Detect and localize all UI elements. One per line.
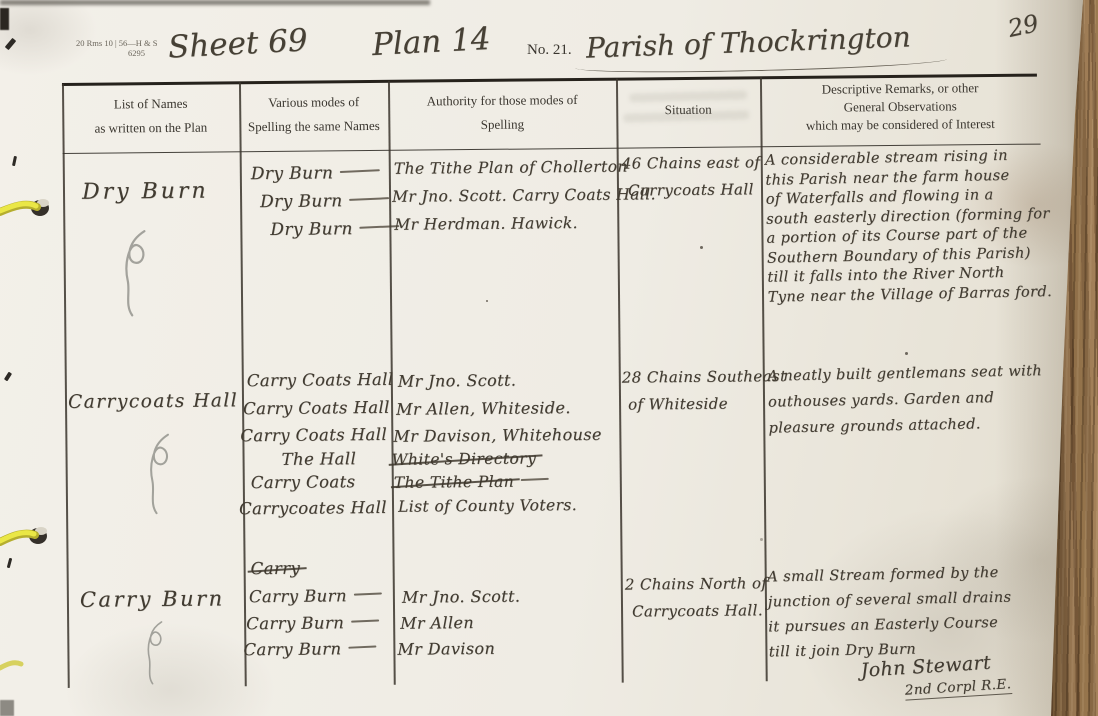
spelling-text: Dry Burn — [270, 219, 353, 240]
remarks-block: A small Stream formed by the junction of… — [767, 561, 1013, 666]
authority-entry: Mr Allen — [400, 613, 474, 633]
flourish-dash — [521, 478, 549, 481]
header-line: Spelling the same Names — [239, 114, 388, 139]
column-header-spelling: Various modes of Spelling the same Names — [239, 90, 388, 139]
remarks-block: A considerable stream rising in this Par… — [765, 146, 1052, 308]
spelling-entry: Carry Coats Hall — [243, 398, 390, 418]
authority-entry: The Tithe Plan of Chollerton — [394, 158, 628, 178]
spelling-text: Carry Burn — [243, 639, 341, 659]
authority-entry: Mr Allen, Whiteside. — [396, 398, 571, 419]
authority-entry: List of County Voters. — [398, 496, 577, 516]
ink-speck — [486, 300, 488, 302]
remarks-line: A neatly built gentlemans seat with — [767, 358, 1042, 390]
spelling-text: Dry Burn — [251, 163, 334, 184]
situation-line: of Whiteside — [628, 395, 728, 414]
flourish-dash — [354, 592, 382, 595]
row-name: Carrycoats Hall — [68, 390, 238, 413]
remarks-line: pleasure grounds attached. — [768, 410, 1043, 442]
photograph-of-name-book-page: 20 Rms 10 | 56—H & S 6295 Sheet 69 Plan … — [0, 0, 1098, 716]
spelling-entry: Carry Burn — [249, 586, 382, 606]
spelling-text: Carry Burn — [246, 613, 344, 633]
spelling-entry: Dry Burn — [251, 163, 381, 184]
pencil-check-mark — [140, 431, 185, 515]
header-line: Authority for those modes of — [388, 88, 616, 114]
header-line: Various modes of — [239, 90, 388, 115]
authority-entry: Mr Davison, Whitehouse — [393, 425, 602, 446]
header-line: Spelling — [388, 112, 616, 138]
spelling-entry: Dry Burn — [260, 191, 390, 212]
ink-speck — [700, 246, 703, 249]
authority-entry: Mr Jno. Scott. — [398, 371, 517, 391]
remarks-block: A neatly built gentlemans seat with outh… — [767, 358, 1043, 441]
header-line: List of Names — [62, 91, 239, 117]
authority-entry: Mr Jno. Scott. Carry Coats Hall. — [392, 185, 656, 206]
situation-line: Carrycoats Hall. — [632, 601, 763, 620]
authority-entry: Mr Herdman. Hawick. — [394, 214, 578, 234]
flourish-dash — [350, 197, 390, 201]
authority-text: White's Directory — [392, 449, 537, 468]
column-header-authority: Authority for those modes of Spelling — [388, 88, 616, 138]
header-line: as written on the Plan — [62, 115, 239, 141]
spelling-entry: The Hall — [281, 449, 356, 469]
column-header-names: List of Names as written on the Plan — [62, 91, 239, 141]
header-line: which may be considered of Interest — [760, 115, 1040, 136]
spelling-entry: Carry — [251, 559, 301, 578]
surveyor-rank: 2nd Corpl R.E. — [904, 676, 1011, 699]
spelling-entry: Carry Burn — [243, 639, 376, 659]
spelling-text: Dry Burn — [260, 191, 343, 212]
row-name: Dry Burn — [82, 179, 209, 205]
situation-line: 2 Chains North of — [625, 574, 768, 593]
authority-text: The Tithe Plan — [394, 473, 514, 492]
ink-speck — [760, 538, 763, 541]
authority-entry: Mr Jno. Scott. — [402, 587, 521, 607]
remarks-line: it pursues an Easterly Course — [768, 611, 1012, 641]
surveyor-rank-text: 2nd Corpl R.E. — [904, 676, 1012, 701]
column-rule — [239, 82, 246, 686]
spelling-entry: Dry Burn — [270, 219, 400, 240]
ruled-table: List of Names as written on the Plan Var… — [0, 0, 1098, 716]
pencil-check-mark — [137, 619, 178, 685]
situation-line: 28 Chains Southeast — [622, 367, 787, 387]
spelling-text: Carry — [251, 559, 301, 578]
document-page: 20 Rms 10 | 56—H & S 6295 Sheet 69 Plan … — [0, 0, 1098, 716]
situation-line: 46 Chains east of — [622, 153, 761, 172]
spelling-entry: Carry Coats Hall — [240, 425, 387, 445]
row-name: Carry Burn — [80, 586, 225, 611]
situation-line: Carrycoats Hall — [628, 180, 754, 199]
binding-tie-icon — [0, 182, 72, 232]
flourish-dash — [351, 619, 379, 622]
spelling-entry: Carry Coats Hall — [247, 370, 394, 390]
flourish-dash — [340, 169, 380, 173]
spelling-text: Carry Burn — [249, 586, 347, 606]
column-header-remarks: Descriptive Remarks, or other General Ob… — [760, 79, 1041, 136]
authority-entry: The Tithe Plan — [394, 472, 549, 491]
binding-tie-icon — [0, 512, 72, 562]
flourish-dash — [348, 645, 376, 648]
spelling-entry: Carrycoates Hall — [239, 498, 387, 518]
ink-speck — [905, 352, 908, 355]
authority-entry: Mr Davison — [397, 639, 495, 659]
authority-entry: White's Directory — [392, 449, 537, 468]
spelling-entry: Carry Coats — [251, 472, 356, 492]
spelling-entry: Carry Burn — [246, 613, 379, 633]
binding-tie-icon — [0, 648, 30, 682]
column-rule — [62, 84, 69, 688]
ink-speck — [868, 238, 870, 240]
pencil-check-mark — [116, 227, 161, 317]
